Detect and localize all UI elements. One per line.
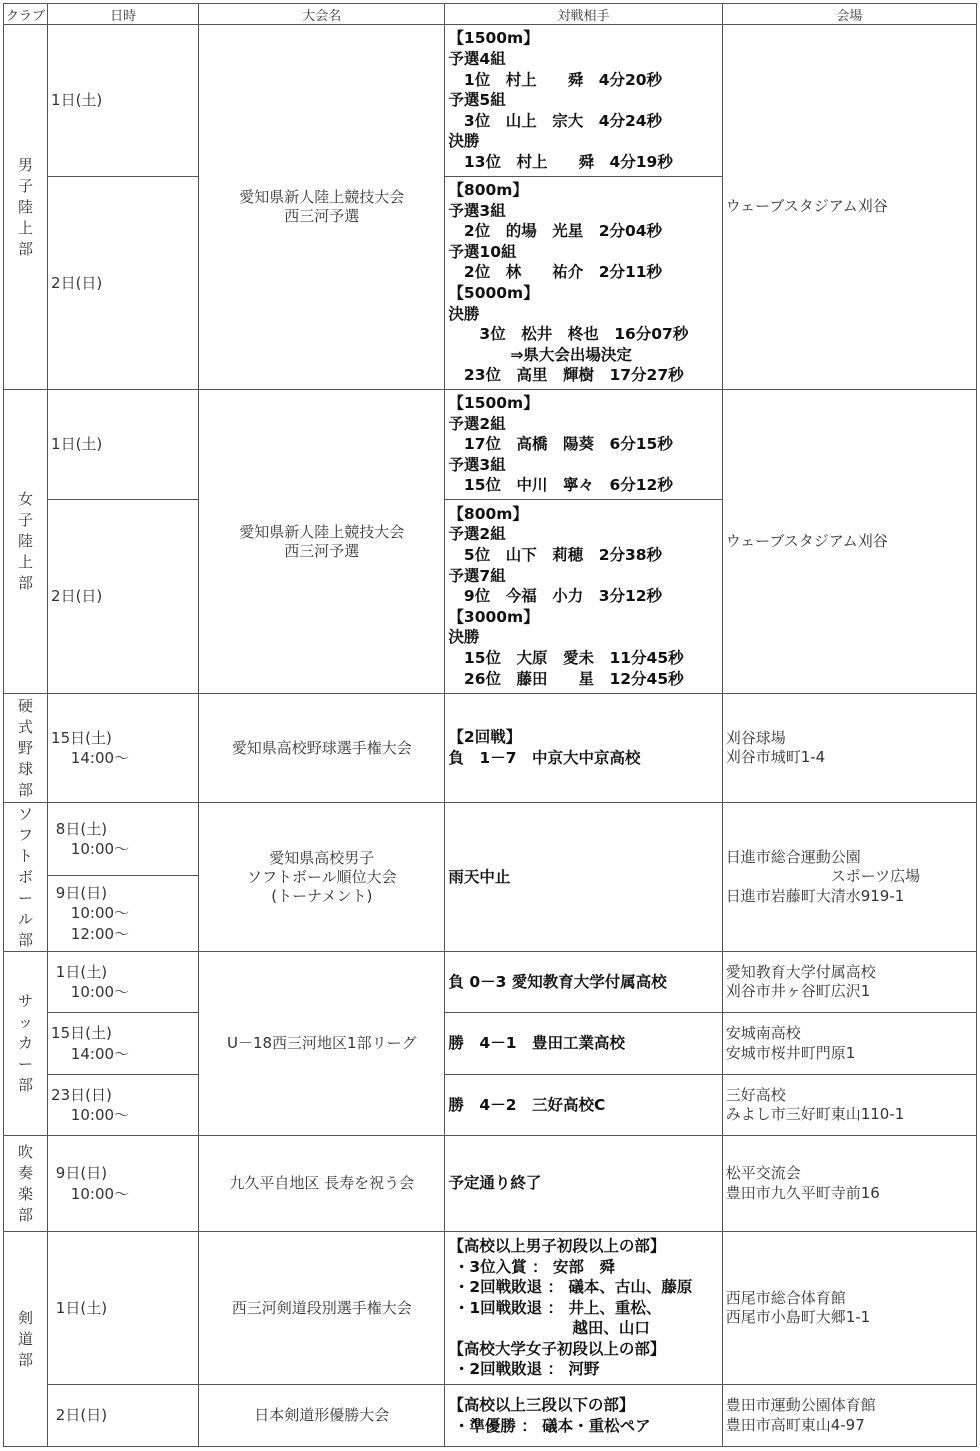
- club-softball: ソフトボール部: [4, 803, 48, 952]
- venue-cell: 西尾市総合体育館 西尾市小島町大郷1-1: [722, 1232, 976, 1385]
- date-cell: 1日(土) 10:00～: [48, 952, 199, 1013]
- club-label: サッカー部: [4, 991, 47, 1096]
- venue-cell: 三好高校 みよし市三好町東山110-1: [722, 1075, 976, 1136]
- table-row: 硬式野球部 15日(土) 14:00～ 愛知県高校野球選手権大会 【2回戦】 負…: [4, 694, 977, 803]
- date-cell: 15日(土) 14:00～: [48, 1013, 199, 1075]
- venue-cell: 愛知教育大学付属高校 刈谷市井ヶ谷町広沢1: [722, 952, 976, 1013]
- date-cell: 1日(土): [48, 390, 199, 500]
- header-venue: 会場: [722, 4, 976, 25]
- table-row: 女子陸上部 1日(土) 愛知県新人陸上競技大会 西三河予選 【1500m】 予選…: [4, 390, 977, 500]
- header-date: 日時: [48, 4, 199, 25]
- club-boys-track: 男子陸上部: [4, 25, 48, 390]
- meet-cell: 愛知県新人陸上競技大会 西三河予選: [199, 25, 445, 390]
- date-cell: 2日(日): [48, 1385, 199, 1447]
- date-cell: 2日(日): [48, 500, 199, 694]
- meet-cell: 日本剣道形優勝大会: [199, 1385, 445, 1447]
- club-baseball: 硬式野球部: [4, 694, 48, 803]
- venue-cell: 安城南高校 安城市桜井町門原1: [722, 1013, 976, 1075]
- result-cell: 【1500m】 予選4組 1位 村上 舜 4分20秒 予選5組 3位 山上 宗大…: [445, 25, 722, 177]
- club-band: 吹奏楽部: [4, 1136, 48, 1232]
- club-kendo: 剣道部: [4, 1232, 48, 1447]
- result-cell: 予定通り終了: [445, 1136, 722, 1232]
- result-cell: 【1500m】 予選2組 17位 高橋 陽葵 6分15秒 予選3組 15位 中川…: [445, 390, 722, 500]
- club-label: 女子陸上部: [4, 489, 47, 594]
- date-cell: 9日(日) 10:00～ 12:00～: [48, 876, 199, 952]
- result-cell: 【高校以上三段以下の部】 ・準優勝 ： 礒本・重松ペア: [445, 1385, 722, 1447]
- date-cell: 1日(土): [48, 25, 199, 177]
- result-cell: 【2回戦】 負 1－7 中京大中京高校: [445, 694, 722, 803]
- meet-cell: 愛知県新人陸上競技大会 西三河予選: [199, 390, 445, 694]
- club-label: 剣道部: [4, 1308, 47, 1371]
- club-label: 硬式野球部: [4, 696, 47, 801]
- club-soccer: サッカー部: [4, 952, 48, 1136]
- table-row: 15日(土) 14:00～ 勝 4－1 豊田工業高校 安城南高校 安城市桜井町門…: [4, 1013, 977, 1075]
- date-cell: 8日(土) 10:00～: [48, 803, 199, 876]
- table-row: 23日(日) 10:00～ 勝 4－2 三好高校C 三好高校 みよし市三好町東山…: [4, 1075, 977, 1136]
- table-row: 剣道部 1日(土) 西三河剣道段別選手権大会 【高校以上男子初段以上の部】 ・3…: [4, 1232, 977, 1385]
- result-cell: 勝 4－2 三好高校C: [445, 1075, 722, 1136]
- date-cell: 9日(日) 10:00～: [48, 1136, 199, 1232]
- result-cell: 【高校以上男子初段以上の部】 ・3位入賞 ： 安部 舜 ・2回戦敗退 ： 礒本、…: [445, 1232, 722, 1385]
- club-label: 男子陸上部: [4, 155, 47, 260]
- meet-cell: U－18西三河地区1部リーグ: [199, 952, 445, 1136]
- header-opponent: 対戦相手: [445, 4, 722, 25]
- result-cell: 勝 4－1 豊田工業高校: [445, 1013, 722, 1075]
- venue-cell: 日進市総合運動公園 スポーツ広場 日進市岩藤町大清水919-1: [722, 803, 976, 952]
- results-table: クラブ 日時 大会名 対戦相手 会場 男子陸上部 1日(土) 愛知県新人陸上競技…: [3, 3, 977, 1447]
- result-cell: 雨天中止: [445, 803, 722, 952]
- meet-cell: 九久平自地区 長寿を祝う会: [199, 1136, 445, 1232]
- venue-cell: ウェーブスタジアム刈谷: [722, 390, 976, 694]
- result-cell: 【800m】 予選3組 2位 的場 光星 2分04秒 予選10組 2位 林 祐介…: [445, 177, 722, 390]
- table-row: 男子陸上部 1日(土) 愛知県新人陸上競技大会 西三河予選 【1500m】 予選…: [4, 25, 977, 177]
- date-cell: 15日(土) 14:00～: [48, 694, 199, 803]
- date-cell: 2日(日): [48, 177, 199, 390]
- result-cell: 【800m】 予選2組 5位 山下 莉穂 2分38秒 予選7組 9位 今福 小力…: [445, 500, 722, 694]
- date-cell: 23日(日) 10:00～: [48, 1075, 199, 1136]
- venue-cell: 刈谷球場 刈谷市城町1-4: [722, 694, 976, 803]
- header-club: クラブ: [4, 4, 48, 25]
- header-row: クラブ 日時 大会名 対戦相手 会場: [4, 4, 977, 25]
- table-row: 吹奏楽部 9日(日) 10:00～ 九久平自地区 長寿を祝う会 予定通り終了 松…: [4, 1136, 977, 1232]
- header-meet: 大会名: [199, 4, 445, 25]
- table-row: ソフトボール部 8日(土) 10:00～ 愛知県高校男子 ソフトボール順位大会 …: [4, 803, 977, 876]
- venue-cell: 豊田市運動公園体育館 豊田市高町東山4-97: [722, 1385, 976, 1447]
- club-girls-track: 女子陸上部: [4, 390, 48, 694]
- club-label: ソフトボール部: [4, 804, 47, 951]
- club-label: 吹奏楽部: [4, 1142, 47, 1226]
- venue-cell: 松平交流会 豊田市九久平町寺前16: [722, 1136, 976, 1232]
- table-row: サッカー部 1日(土) 10:00～ U－18西三河地区1部リーグ 負 0－3 …: [4, 952, 977, 1013]
- table-row: 2日(日) 日本剣道形優勝大会 【高校以上三段以下の部】 ・準優勝 ： 礒本・重…: [4, 1385, 977, 1447]
- meet-cell: 西三河剣道段別選手権大会: [199, 1232, 445, 1385]
- date-cell: 1日(土): [48, 1232, 199, 1385]
- result-cell: 負 0－3 愛知教育大学付属高校: [445, 952, 722, 1013]
- venue-cell: ウェーブスタジアム刈谷: [722, 25, 976, 390]
- meet-cell: 愛知県高校野球選手権大会: [199, 694, 445, 803]
- meet-cell: 愛知県高校男子 ソフトボール順位大会 (トーナメント): [199, 803, 445, 952]
